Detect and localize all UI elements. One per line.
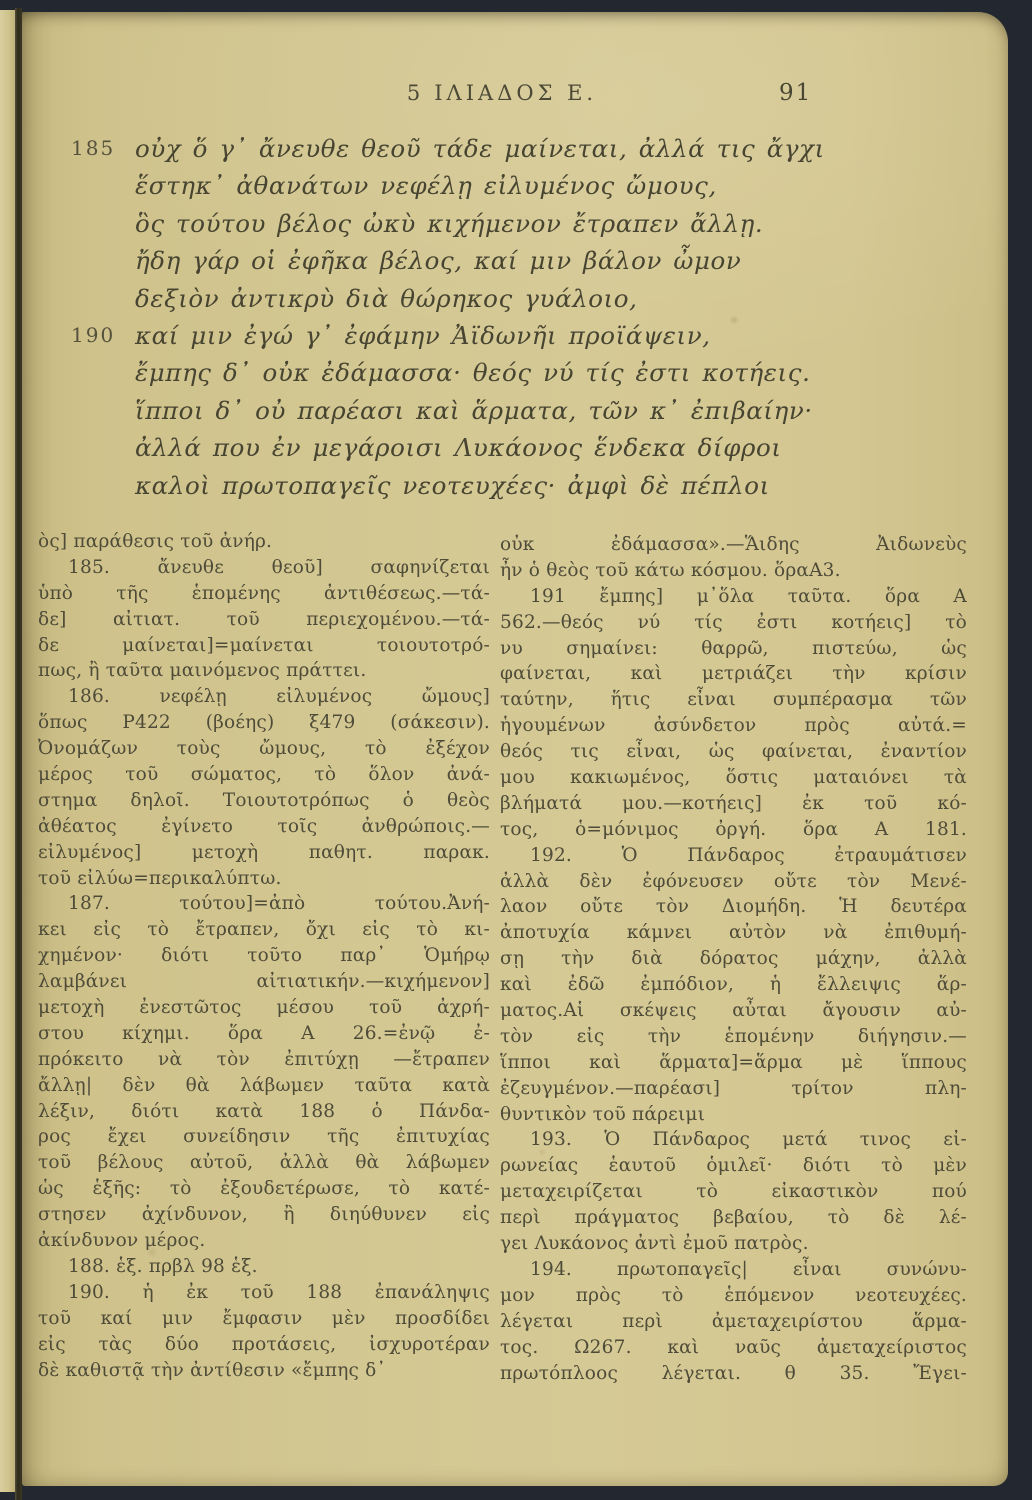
running-header: 5ΙΛΙΑΔΟΣ Ε. [352,81,652,105]
commentary-line: ἀλλὰ δὲν ἐφόνευσεν οὔτε τὸν Μενέ- [500,869,967,895]
commentary-line: ἵπποι καὶ ἅρματα]=ἅρμα μὲ ἵππους [500,1050,967,1076]
commentary-line: μέρος τοῦ σώματος, τὸ ὅλον ἀνά- [38,762,490,788]
commentary-line: 192. Ὁ Πάνδαρος ἐτραυμάτισεν [500,843,967,869]
commentary-line: ἀποτυχία κάμνει αὐτὸν νὰ ἐπιθυμή- [500,920,967,946]
commentary-line: 190. ἡ ἐκ τοῦ 188 ἐπανάληψις [38,1280,490,1306]
commentary-line: τος, ὁ=μόνιμος ὀργή. ὅρα Α 181. [500,817,967,843]
commentary-line: περὶ πράγματος βεβαίου, τὸ δὲ λέ- [500,1205,967,1231]
commentary-line: 562.—θεός νύ τίς ἐστι κοτήεις] τὸ [500,610,967,636]
commentary-line: οὐκ ἐδάμασσα».—Ἅιδης Ἀιδωνεὺς [500,532,967,558]
verse-number: 190 [22,323,135,347]
commentary-line: δε] αἰτιατ. τοῦ περιεχομένου.—τά- [38,607,490,633]
commentary-line: λαμβάνει αἰτιατικήν.—κιχήμενον] [38,969,490,995]
adjacent-page-edge [0,10,15,1492]
commentary-line: 187. τούτου]=ἀπὸ τούτου.Ἀνή- [38,891,490,917]
commentary-line: μεταχειρίζεται τὸ εἰκαστικὸν πού [500,1179,967,1205]
commentary-line: ἐζευγμένον.—παρέασι] τρίτον πλη- [500,1076,967,1102]
commentary-line: ἦν ὁ θεὸς τοῦ κάτω κόσμου. ὅραΑ3. [500,558,967,584]
poem-line: καλοὶ πρωτοπαγεῖς νεοτευχέες· ἀμφὶ δὲ πέ… [22,473,882,510]
poem-line: 185οὐχ ὅ γ᾽ ἄνευθε θεοῦ τάδε μαίνεται, ἀ… [22,136,882,173]
commentary-line: στησεν ἀχίνδυνον, ἢ διηύθυνεν εἰς [38,1202,490,1228]
commentary-line: εἰλυμένος] μετοχὴ παθητ. παρακ. [38,840,490,866]
commentary-line: ὑπὸ τῆς ἑπομένης ἀντιθέσεως.—τά- [38,581,490,607]
commentary-line: τοῦ εἰλύω=περικαλύπτω. [38,866,490,892]
commentary-line: τοῦ βέλους αὐτοῦ, ἀλλὰ θὰ λάβωμεν [38,1150,490,1176]
gutter-shadow [15,8,22,1500]
commentary-line: μον πρὸς τὸ ἑπόμενον νεοτευχέες. [500,1283,967,1309]
poem-line: ἤδη γάρ οἱ ἐφῆκα βέλος, καί μιν βάλον ὦμ… [22,248,882,285]
verse-text: καί μιν ἐγώ γ᾽ ἐφάμην Ἀϊδωνῆι προϊάψειν, [135,323,711,350]
page-number: 91 [779,80,812,106]
commentary-line: ἄλλῃ| δὲν θὰ λάβωμεν ταῦτα κατὰ [38,1073,490,1099]
commentary-line: θεός τις εἶναι, ὡς φαίνεται, ἐναντίον [500,739,967,765]
verse-text: καλοὶ πρωτοπαγεῖς νεοτευχέες· ἀμφὶ δὲ πέ… [135,473,770,500]
verse-text: ἔμπης δ᾽ οὐκ ἐδάμασσα· θεός νύ τίς ἐστι … [135,360,810,387]
commentary-right-column: οὐκ ἐδάμασσα».—Ἅιδης Ἀιδωνεὺςἦν ὁ θεὸς τ… [500,532,967,1386]
commentary-line: 191 ἔμπης] μ᾽ὅλα ταῦτα. ὅρα Α [500,584,967,610]
header-title: ΙΛΙΑΔΟΣ Ε. [434,81,597,105]
verse-text: ἤδη γάρ οἱ ἐφῆκα βέλος, καί μιν βάλον ὦμ… [135,248,741,275]
verse-number: 185 [22,136,135,160]
verse-text: ἕστηκ᾽ ἀθανάτων νεφέλῃ εἰλυμένος ὤμους, [135,173,717,200]
poem-line: ὃς τούτου βέλος ὠκὺ κιχήμενον ἔτραπεν ἄλ… [22,211,882,248]
poem-line: ἕστηκ᾽ ἀθανάτων νεφέλῃ εἰλυμένος ὤμους, [22,173,882,210]
commentary-line: ἀκίνδυνον μέρος. [38,1228,490,1254]
verse-text: ἀλλά που ἐν μεγάροισι Λυκάονος ἕνδεκα δί… [135,435,782,462]
verse-text: ὃς τούτου βέλος ὠκὺ κιχήμενον ἔτραπεν ἄλ… [135,211,763,238]
commentary-line: 194. πρωτοπαγεῖς| εἶναι συνώνυ- [500,1257,967,1283]
commentary-line: ὡς ἑξῆς: τὸ ἐξουδετέρωσε, τὸ κατέ- [38,1176,490,1202]
commentary-line: λαον οὔτε τὸν Διομήδη. Ἡ δευτέρα [500,894,967,920]
poem-line: ἵπποι δ᾽ οὐ παρέασι καὶ ἅρματα, τῶν κ᾽ ἐ… [22,398,882,435]
commentary-line: νυ σημαίνει: θαρρῶ, πιστεύω, ὡς [500,636,967,662]
commentary-line: ἀθέατος ἐγίνετο τοῖς ἀνθρώποις.— [38,814,490,840]
commentary-line: πως, ἢ ταῦτα μαινόμενος πράττει. [38,658,490,684]
commentary-line: στου κίχημι. ὅρα Α 26.=ἐνῷ ἐ- [38,1021,490,1047]
commentary-line: τὸν εἰς τὴν ἑπομένην διήγησιν.— [500,1024,967,1050]
commentary-line: ρωνείας ἑαυτοῦ ὁμιλεῖ· διότι τὸ μὲν [500,1153,967,1179]
commentary-line: μετοχὴ ἐνεστῶτος μέσου τοῦ ἀχρή- [38,995,490,1021]
commentary-line: χημένον· διότι τοῦτο παρ᾽ Ὁμήρῳ [38,943,490,969]
commentary-line: 185. ἄνευθε θεοῦ] σαφηνίζεται [38,555,490,581]
commentary-line: δε μαίνεται]=μαίνεται τοιουτοτρό- [38,633,490,659]
commentary-line: τος. Ω267. καὶ ναῦς ἀμεταχείριστος [500,1335,967,1361]
commentary-line: πρόκειτο νὰ τὸν ἐπιτύχῃ —ἔτραπεν [38,1047,490,1073]
commentary-line: κει εἰς τὸ ἔτραπεν, ὄχι εἰς τὸ κι- [38,917,490,943]
commentary-line: λέξιν, διότι κατὰ 188 ὁ Πάνδα- [38,1099,490,1125]
commentary-line: ὅπως Ρ422 (βοέης) ξ479 (σάκεσιν). [38,710,490,736]
commentary-left-column: ὸς] παράθεσις τοῦ ἀνήρ.185. ἄνευθε θεοῦ]… [38,529,490,1383]
commentary-line: ματος.Αἱ σκέψεις αὖται ἄγουσιν αὐ- [500,998,967,1024]
poem-line: ἔμπης δ᾽ οὐκ ἐδάμασσα· θεός νύ τίς ἐστι … [22,360,882,397]
commentary-line: 193. Ὁ Πάνδαρος μετά τινος εἰ- [500,1127,967,1153]
commentary-line: γει Λυκάονος ἀντὶ ἐμοῦ πατρὸς. [500,1231,967,1257]
commentary-line: καὶ ἐδῶ ἐμπόδιον, ἡ ἔλλειψις ἅρ- [500,972,967,998]
poem-block: 185οὐχ ὅ γ᾽ ἄνευθε θεοῦ τάδε μαίνεται, ἀ… [22,136,882,510]
scan-background: { "colors":{"background":"#232830","pape… [0,0,1032,1500]
commentary-line: Ὀνομάζων τοὺς ὤμους, τὸ ἐξέχον [38,736,490,762]
commentary-line: εἰς τὰς δύο προτάσεις, ἰσχυροτέραν [38,1332,490,1358]
verse-text: δεξιὸν ἀντικρὺ διὰ θώρηκος γυάλοιο, [135,286,638,313]
commentary-line: 186. νεφέλῃ εἰλυμένος ὤμους] [38,684,490,710]
commentary-line: ρος ἔχει συνείδησιν τῆς ἐπιτυχίας [38,1124,490,1150]
commentary-line: ὸς] παράθεσις τοῦ ἀνήρ. [38,529,490,555]
commentary-line: πρωτόπλοος λέγεται. θ 35. Ἔγει- [500,1361,967,1387]
commentary-line: θυντικὸν τοῦ πάρειμι [500,1102,967,1128]
commentary-line: φαίνεται, καὶ μετριάζει τὴν κρίσιν [500,661,967,687]
commentary-line: ἡγουμένων ἀσύνδετον πρὸς αὐτά.= [500,713,967,739]
commentary-line: στημα δηλοῖ. Τοιουτοτρόπως ὁ θεὸς [38,788,490,814]
commentary-line: μου κακιωμένος, ὅστις ματαιόνει τὰ [500,765,967,791]
commentary-line: δὲ καθιστᾷ τὴν ἀντίθεσιν «ἔμπης δ᾽ [38,1358,490,1384]
poem-line: ἀλλά που ἐν μεγάροισι Λυκάονος ἕνδεκα δί… [22,435,882,472]
book-page: 5ΙΛΙΑΔΟΣ Ε. 91 185οὐχ ὅ γ᾽ ἄνευθε θεοῦ τ… [22,12,1008,1486]
commentary-line: ταύτην, ἥτις εἶναι συμπέρασμα τῶν [500,687,967,713]
commentary-line: σῃ τὴν διὰ δόρατος μάχην, ἀλλὰ [500,946,967,972]
verse-text: ἵπποι δ᾽ οὐ παρέασι καὶ ἅρματα, τῶν κ᾽ ἐ… [135,398,813,425]
book-number: 5 [407,81,420,105]
commentary-line: τοῦ καί μιν ἔμφασιν μὲν προσδίδει [38,1306,490,1332]
commentary-line: 188. ἑξ. πρβλ 98 ἑξ. [38,1254,490,1280]
verse-text: οὐχ ὅ γ᾽ ἄνευθε θεοῦ τάδε μαίνεται, ἀλλά… [135,136,825,163]
commentary-line: λέγεται περὶ ἀμεταχειρίστου ἅρμα- [500,1309,967,1335]
commentary-line: βλήματά μου.—κοτήεις] ἐκ τοῦ κό- [500,791,967,817]
poem-line: 190καί μιν ἐγώ γ᾽ ἐφάμην Ἀϊδωνῆι προϊάψε… [22,323,882,360]
poem-line: δεξιὸν ἀντικρὺ διὰ θώρηκος γυάλοιο, [22,286,882,323]
